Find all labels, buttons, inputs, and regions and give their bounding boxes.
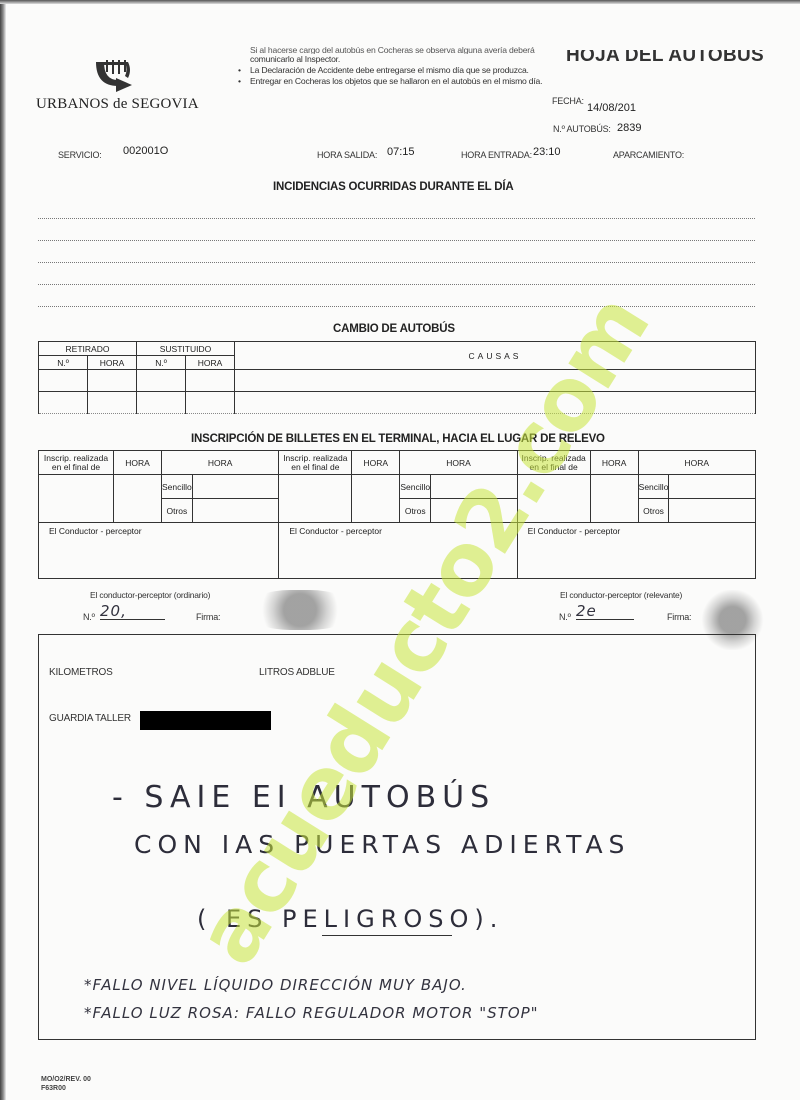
retirado-hora-header: HORA bbox=[88, 356, 137, 370]
conductor-label: El Conductor - perceptor bbox=[289, 526, 382, 536]
hora-header: HORA bbox=[352, 451, 400, 475]
relevante-num-label: N.º bbox=[559, 612, 571, 622]
ordinario-firma-label: Firma: bbox=[196, 612, 220, 622]
causas-cell[interactable] bbox=[235, 370, 756, 392]
sustituido-num-cell[interactable] bbox=[137, 392, 186, 414]
hora-salida-label: HORA SALIDA: bbox=[317, 150, 377, 160]
note-item: Si al hacerse cargo del autobús en Coche… bbox=[250, 45, 556, 54]
relevante-label: El conductor-perceptor (relevante) bbox=[560, 590, 682, 600]
handwritten-line: *FALLO LUZ ROSA: FALLO REGULADOR MOTOR "… bbox=[84, 1004, 539, 1022]
handwritten-line: - SAIE EI AUTOBÚS bbox=[112, 780, 495, 815]
fecha-value: 14/08/201 bbox=[587, 102, 636, 114]
hora-header: HORA bbox=[400, 451, 517, 475]
sustituido-hora-header: HORA bbox=[186, 356, 235, 370]
inscrip-header: Inscrip. realizadaen el final de bbox=[39, 451, 114, 475]
inscrip-header: Inscrip. realizadaen el final de bbox=[517, 451, 590, 475]
form-code: MO/O2/REV. 00 F63R00 bbox=[41, 1075, 91, 1093]
conductor-box[interactable]: El Conductor - perceptor bbox=[517, 523, 755, 579]
hora-cell[interactable] bbox=[590, 475, 638, 523]
otros-label: Otros bbox=[162, 499, 193, 523]
handwritten-line: ( ES PELIGROSO). bbox=[197, 905, 503, 933]
guardia-taller-label: GUARDIA TALLER bbox=[49, 713, 131, 724]
handwritten-line: CON IAS PUERTAS ADIERTAS bbox=[134, 830, 630, 859]
incidencias-line[interactable] bbox=[38, 284, 755, 285]
sustituido-num-header: N.º bbox=[137, 356, 186, 370]
bus-arrow-logo-icon bbox=[92, 56, 140, 96]
sencillo-label: Sencillo bbox=[400, 475, 431, 499]
form-code-2: F63R00 bbox=[41, 1084, 91, 1093]
conductor-box[interactable]: El Conductor - perceptor bbox=[279, 523, 517, 579]
conductor-label: El Conductor - perceptor bbox=[49, 526, 142, 536]
autobus-value: 2839 bbox=[617, 122, 641, 134]
note-item: Entregar en Cocheras los objetos que se … bbox=[250, 76, 556, 87]
hora-entrada-value: 23:10 bbox=[533, 146, 561, 158]
autobus-label: N.º AUTOBÚS: bbox=[553, 124, 611, 134]
relevante-num-value[interactable]: 2e bbox=[576, 602, 634, 620]
scan-edge-left bbox=[0, 0, 6, 1100]
form-code-1: MO/O2/REV. 00 bbox=[41, 1075, 91, 1084]
ordinario-num-value[interactable]: 20, bbox=[100, 602, 165, 620]
incidencias-line[interactable] bbox=[38, 262, 755, 263]
incidencias-title: INCIDENCIAS OCURRIDAS DURANTE EL DÍA bbox=[273, 181, 514, 193]
billetes-table: Inscrip. realizadaen el final de HORA HO… bbox=[38, 450, 756, 579]
litros-adblue-label: LITROS ADBLUE bbox=[259, 667, 335, 678]
otros-label: Otros bbox=[400, 499, 431, 523]
redacted-name-block bbox=[140, 711, 271, 730]
sencillo-cell[interactable] bbox=[431, 475, 518, 499]
hora-salida-value: 07:15 bbox=[387, 146, 415, 158]
fecha-label: FECHA: bbox=[552, 96, 584, 106]
inscrip-cell[interactable] bbox=[517, 475, 590, 523]
aparcamiento-label: APARCAMIENTO: bbox=[613, 150, 684, 160]
cambio-autobus-title: CAMBIO DE AUTOBÚS bbox=[333, 323, 455, 335]
brand-name: URBANOS de SEGOVIA bbox=[36, 96, 199, 113]
retirado-num-header: N.º bbox=[39, 356, 88, 370]
causas-cell[interactable] bbox=[235, 392, 756, 414]
sustituido-hora-cell[interactable] bbox=[186, 392, 235, 414]
note-item: La Declaración de Accidente debe entrega… bbox=[250, 65, 556, 76]
ordinario-signature bbox=[250, 590, 350, 630]
otros-cell[interactable] bbox=[192, 499, 279, 523]
relevante-firma-label: Firma: bbox=[667, 612, 691, 622]
otros-cell[interactable] bbox=[669, 499, 756, 523]
sencillo-label: Sencillo bbox=[162, 475, 193, 499]
hora-cell[interactable] bbox=[114, 475, 162, 523]
inscrip-cell[interactable] bbox=[279, 475, 352, 523]
hora-header: HORA bbox=[590, 451, 638, 475]
hora-header: HORA bbox=[114, 451, 162, 475]
scan-edge-top bbox=[0, 0, 800, 4]
retirado-hora-cell[interactable] bbox=[88, 392, 137, 414]
servicio-label: SERVICIO: bbox=[58, 150, 102, 160]
sustituido-hora-cell[interactable] bbox=[186, 370, 235, 392]
incidencias-line[interactable] bbox=[38, 306, 755, 307]
instructions-notes: Si al hacerse cargo del autobús en Coche… bbox=[236, 48, 556, 87]
handwritten-line: *FALLO NIVEL LÍQUIDO DIRECCIÓN MUY BAJO. bbox=[84, 976, 467, 994]
retirado-num-cell[interactable] bbox=[39, 370, 88, 392]
hora-header: HORA bbox=[162, 451, 279, 475]
hora-cell[interactable] bbox=[352, 475, 400, 523]
retirado-hora-cell[interactable] bbox=[88, 370, 137, 392]
cambio-autobus-table: RETIRADO SUSTITUIDO CAUSAS N.º HORA N.º … bbox=[38, 341, 756, 414]
incidencias-line[interactable] bbox=[38, 218, 755, 219]
retirado-num-cell[interactable] bbox=[39, 392, 88, 414]
billetes-title: INSCRIPCIÓN DE BILLETES EN EL TERMINAL, … bbox=[191, 433, 605, 445]
sencillo-label: Sencillo bbox=[638, 475, 669, 499]
conductor-box[interactable]: El Conductor - perceptor bbox=[39, 523, 279, 579]
retirado-header: RETIRADO bbox=[39, 342, 137, 356]
kilometros-label: KILOMETROS bbox=[49, 667, 113, 678]
document-title: HOJA DEL AUTOBÚS bbox=[566, 50, 764, 66]
causas-header: CAUSAS bbox=[235, 342, 756, 370]
inscrip-cell[interactable] bbox=[39, 475, 114, 523]
sencillo-cell[interactable] bbox=[192, 475, 279, 499]
ordinario-label: El conductor-perceptor (ordinario) bbox=[90, 590, 210, 600]
hora-header: HORA bbox=[638, 451, 755, 475]
sustituido-num-cell[interactable] bbox=[137, 370, 186, 392]
inscrip-header: Inscrip. realizadaen el final de bbox=[279, 451, 352, 475]
otros-label: Otros bbox=[638, 499, 669, 523]
hora-entrada-label: HORA ENTRADA: bbox=[461, 150, 532, 160]
handwritten-underline bbox=[322, 935, 452, 936]
note-item-continued: comunicarlo al Inspector. bbox=[250, 54, 556, 65]
conductor-label: El Conductor - perceptor bbox=[528, 526, 621, 536]
sustituido-header: SUSTITUIDO bbox=[137, 342, 235, 356]
sencillo-cell[interactable] bbox=[669, 475, 756, 499]
ordinario-num-label: N.º bbox=[83, 612, 95, 622]
servicio-value: 002001O bbox=[123, 145, 168, 157]
otros-cell[interactable] bbox=[431, 499, 518, 523]
incidencias-line[interactable] bbox=[38, 240, 755, 241]
